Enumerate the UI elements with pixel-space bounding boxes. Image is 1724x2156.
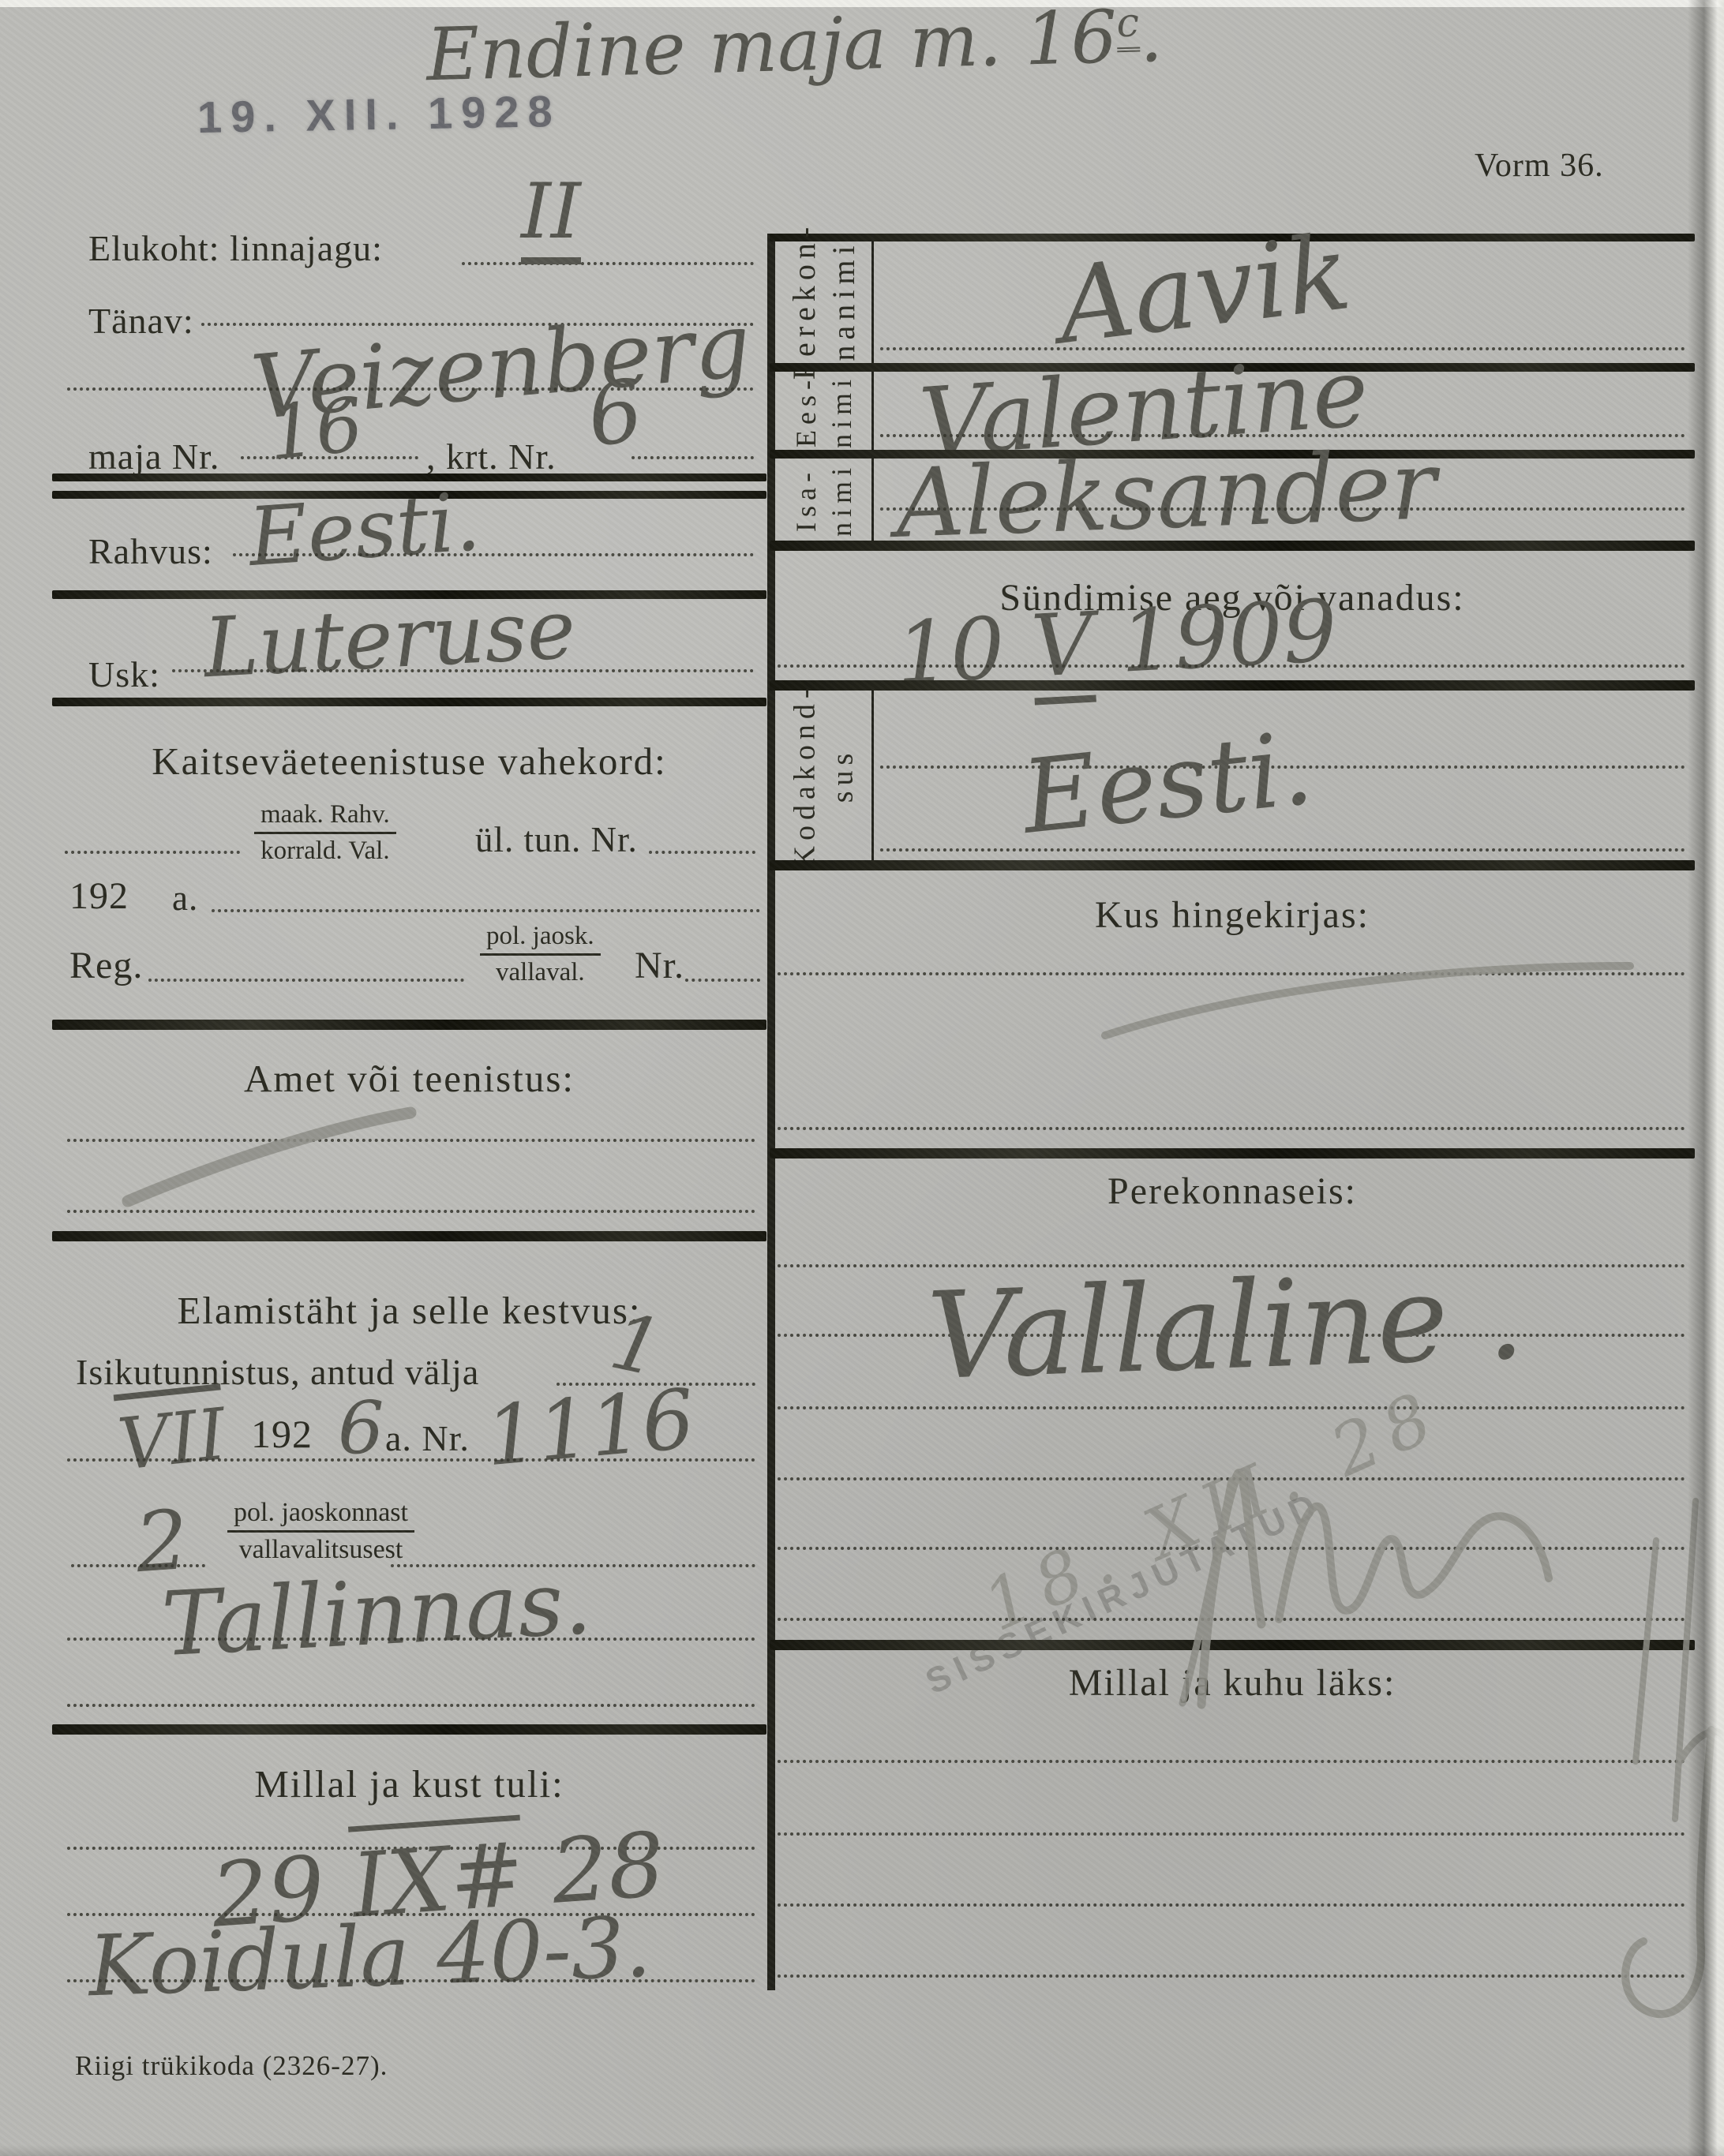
firstname-cell: Ees- nimi bbox=[775, 372, 873, 450]
divider-rule bbox=[52, 698, 766, 706]
marital-value: Vallaline . bbox=[925, 1246, 1527, 1406]
divider-rule bbox=[770, 1148, 1695, 1158]
military-heading: Kaitseväeteenistuse vahekord: bbox=[52, 739, 766, 784]
date-stamp: 19. XII. 1928 bbox=[197, 85, 561, 143]
fraction-top: pol. jaosk. bbox=[480, 922, 601, 956]
surname-cell: Perekon- nanimi bbox=[775, 241, 873, 360]
birth-year: 1909 bbox=[1091, 582, 1340, 693]
military-year-prefix: 192 bbox=[69, 874, 129, 918]
usk-label: Usk: bbox=[88, 653, 160, 695]
fraction-bottom: vallavalitsusest bbox=[239, 1533, 403, 1565]
citizenship-cell: Kodakond- sus bbox=[775, 694, 873, 856]
isikutunnistus-label: Isikutunnistus, antud välja bbox=[76, 1351, 479, 1393]
header-annotation-text: Endine maja m. 16 bbox=[425, 0, 1119, 97]
pencil-stroke bbox=[1636, 1540, 1656, 1761]
arrival-heading: Millal ja kust tuli: bbox=[52, 1761, 766, 1806]
maja-nr-label: maja Nr. bbox=[88, 436, 219, 477]
occupation-pencil-slash bbox=[128, 1113, 410, 1201]
rahvus-value: Eesti. bbox=[245, 475, 483, 585]
military-reg-line bbox=[148, 979, 464, 982]
header-annotation: Endine maja m. 16c. bbox=[425, 0, 1164, 97]
tanav-line-2 bbox=[67, 387, 754, 391]
residence-fraction: pol. jaoskonnast vallavalitsusest bbox=[227, 1498, 414, 1565]
military-nr-label: Nr. bbox=[635, 944, 684, 987]
krt-nr-label: , krt. Nr. bbox=[426, 436, 557, 477]
military-fraction-2: pol. jaosk. vallaval. bbox=[480, 922, 601, 987]
divider-rule bbox=[52, 1724, 766, 1735]
a-nr-label: a. Nr. bbox=[385, 1417, 470, 1459]
occupation-heading: Amet või teenistus: bbox=[52, 1056, 766, 1101]
citizenship-line-2 bbox=[880, 848, 1685, 852]
pencil-date-note: 18. XII. 28 bbox=[972, 1373, 1453, 1647]
divider-rule bbox=[770, 860, 1695, 870]
city-value: Tallinnas. bbox=[159, 1551, 594, 1676]
elukoht-value: II bbox=[521, 167, 581, 256]
month-value-text: VII bbox=[114, 1383, 230, 1487]
usk-value: Luteruse bbox=[201, 581, 578, 696]
permit-nr-value: 1116 bbox=[482, 1371, 698, 1485]
military-fraction-1: maak. Rahv. korrald. Val. bbox=[254, 800, 396, 866]
military-line-right bbox=[649, 851, 755, 854]
residence-line-left bbox=[71, 1564, 205, 1567]
tanav-label: Tänav: bbox=[88, 300, 194, 342]
fathername-label-line1: Isa- bbox=[789, 467, 824, 532]
departure-line-4 bbox=[778, 1974, 1685, 1978]
military-line-left bbox=[65, 851, 240, 854]
year-hand: 6 bbox=[338, 1386, 384, 1470]
military-tunnistus-label: ül. tun. Nr. bbox=[475, 819, 638, 860]
arrival-address-value: Koidula 40-3. bbox=[87, 1899, 653, 2016]
usk-line bbox=[172, 669, 754, 672]
military-nr-line bbox=[685, 979, 760, 982]
marital-line-6 bbox=[778, 1618, 1685, 1621]
occupation-line-1 bbox=[67, 1139, 755, 1142]
divider-rule bbox=[770, 541, 1695, 551]
divider-rule bbox=[770, 1640, 1695, 1650]
elukoht-label: Elukoht: linnajagu: bbox=[88, 227, 383, 269]
parish-line-2 bbox=[778, 1127, 1685, 1130]
firstname-label: Ees- nimi bbox=[789, 374, 860, 448]
divider-rule bbox=[52, 1231, 766, 1241]
form-number: Vorm 36. bbox=[1475, 147, 1604, 185]
fraction-bottom: vallaval. bbox=[496, 956, 585, 987]
maja-nr-value: 16 bbox=[264, 382, 367, 477]
marital-line-3 bbox=[778, 1406, 1685, 1409]
marital-heading: Perekonnaseis: bbox=[770, 1170, 1695, 1213]
permit-line bbox=[67, 1458, 755, 1462]
fathername-line bbox=[880, 507, 1685, 511]
fathername-label: Isa- nimi bbox=[789, 462, 860, 536]
year-printed: 192 bbox=[251, 1411, 313, 1457]
printer-note: Riigi trükikoda (2326-27). bbox=[75, 2050, 388, 2082]
firstname-label-line2: nimi bbox=[824, 374, 860, 448]
military-reg-label: Reg. bbox=[69, 944, 143, 987]
citizenship-value: Eesti. bbox=[1017, 709, 1317, 857]
elukoht-value-text: II bbox=[521, 167, 581, 264]
birthdate-line bbox=[778, 664, 1685, 668]
fraction-bottom: korrald. Val. bbox=[260, 834, 389, 866]
elukoht-line bbox=[462, 262, 754, 265]
scan-bottom-edge bbox=[0, 2145, 1724, 2156]
arrival-line-3 bbox=[67, 1979, 755, 1982]
fraction-top: maak. Rahv. bbox=[254, 800, 396, 834]
citizenship-label-line1: Kodakond- bbox=[787, 683, 825, 868]
parish-heading: Kus hingekirjas: bbox=[770, 893, 1695, 937]
citizenship-label-line2: sus bbox=[824, 748, 862, 803]
registration-form-scan: Endine maja m. 16c. 19. XII. 1928 Vorm 3… bbox=[0, 0, 1724, 2156]
fathername-cell: Isa- nimi bbox=[775, 458, 873, 541]
city-line-2 bbox=[67, 1704, 755, 1707]
surname-label: Perekon- nanimi bbox=[785, 222, 864, 380]
column-divider bbox=[767, 234, 775, 1990]
marital-line-5 bbox=[778, 1547, 1685, 1550]
fraction-top: pol. jaoskonnast bbox=[227, 1498, 414, 1533]
departure-heading: Millal ja kuhu läks: bbox=[770, 1661, 1695, 1705]
military-year-a: a. bbox=[172, 878, 198, 919]
rahvus-line bbox=[233, 553, 754, 556]
city-line-1 bbox=[67, 1638, 755, 1641]
departure-line-3 bbox=[778, 1903, 1685, 1907]
departure-line-1 bbox=[778, 1760, 1685, 1763]
header-annotation-period: . bbox=[1138, 0, 1164, 79]
citizenship-label: Kodakond- sus bbox=[787, 683, 862, 868]
surname-label-line1: Perekon- bbox=[785, 222, 824, 380]
parish-pencil-curve bbox=[1105, 966, 1630, 1035]
surname-label-line2: nanimi bbox=[824, 240, 864, 361]
month-value: VII bbox=[114, 1393, 230, 1487]
scan-right-edge bbox=[1688, 0, 1724, 2156]
occupation-line-2 bbox=[67, 1210, 755, 1213]
divider-rule bbox=[770, 680, 1695, 691]
parish-line-1 bbox=[778, 972, 1685, 975]
departure-line-2 bbox=[778, 1832, 1685, 1836]
header-annotation-sup: c bbox=[1116, 0, 1140, 53]
rahvus-label: Rahvus: bbox=[88, 530, 213, 572]
fathername-label-line2: nimi bbox=[824, 462, 860, 536]
firstname-label-line1: Ees- bbox=[789, 375, 824, 447]
divider-rule bbox=[52, 1020, 766, 1030]
krt-nr-line bbox=[632, 456, 754, 459]
military-year-line bbox=[212, 909, 760, 912]
